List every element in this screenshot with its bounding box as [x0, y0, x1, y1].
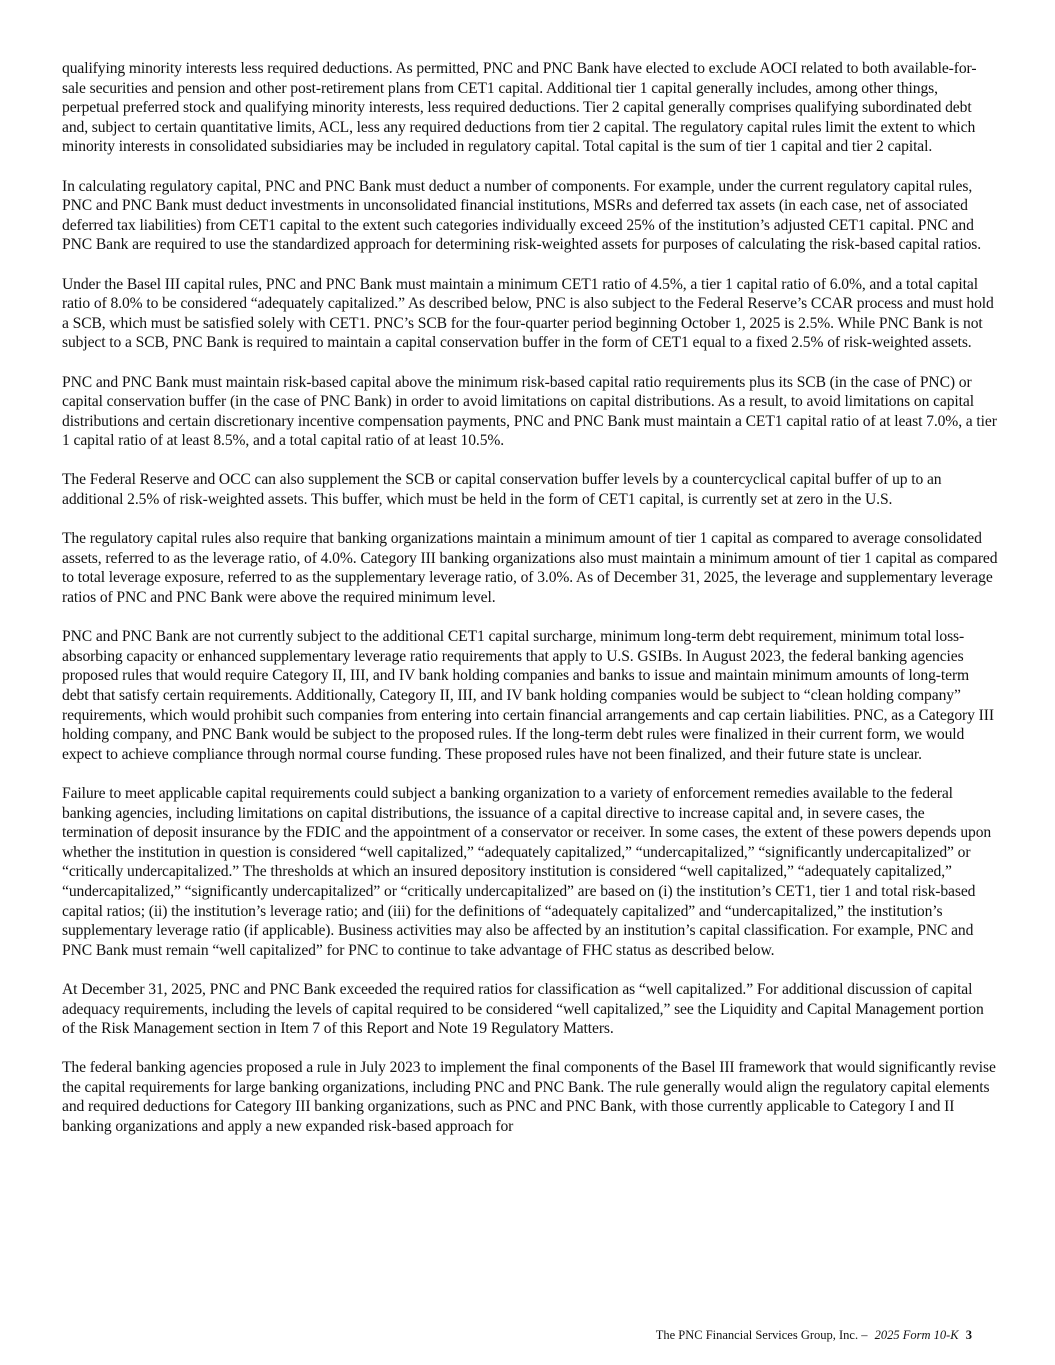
paragraph-leverage-ratio: The regulatory capital rules also requir… [62, 529, 998, 607]
paragraph-basel-iii-proposal: The federal banking agencies proposed a … [62, 1058, 998, 1136]
paragraph-basel-iii-ratios: Under the Basel III capital rules, PNC a… [62, 275, 998, 353]
footer-form-title: 2025 Form 10-K [875, 1328, 959, 1342]
page-number: 3 [966, 1328, 972, 1342]
paragraph-capital-components: qualifying minority interests less requi… [62, 59, 998, 157]
paragraph-gsib-requirements: PNC and PNC Bank are not currently subje… [62, 627, 998, 764]
paragraph-enforcement-remedies: Failure to meet applicable capital requi… [62, 784, 998, 960]
footer-company: The PNC Financial Services Group, Inc. – [656, 1328, 868, 1342]
paragraph-countercyclical-buffer: The Federal Reserve and OCC can also sup… [62, 470, 998, 509]
paragraph-capital-buffers: PNC and PNC Bank must maintain risk-base… [62, 373, 998, 451]
paragraph-well-capitalized: At December 31, 2025, PNC and PNC Bank e… [62, 980, 998, 1039]
paragraph-capital-deductions: In calculating regulatory capital, PNC a… [62, 177, 998, 255]
page-footer: The PNC Financial Services Group, Inc. –… [656, 1327, 972, 1343]
document-body: qualifying minority interests less requi… [62, 59, 998, 1156]
